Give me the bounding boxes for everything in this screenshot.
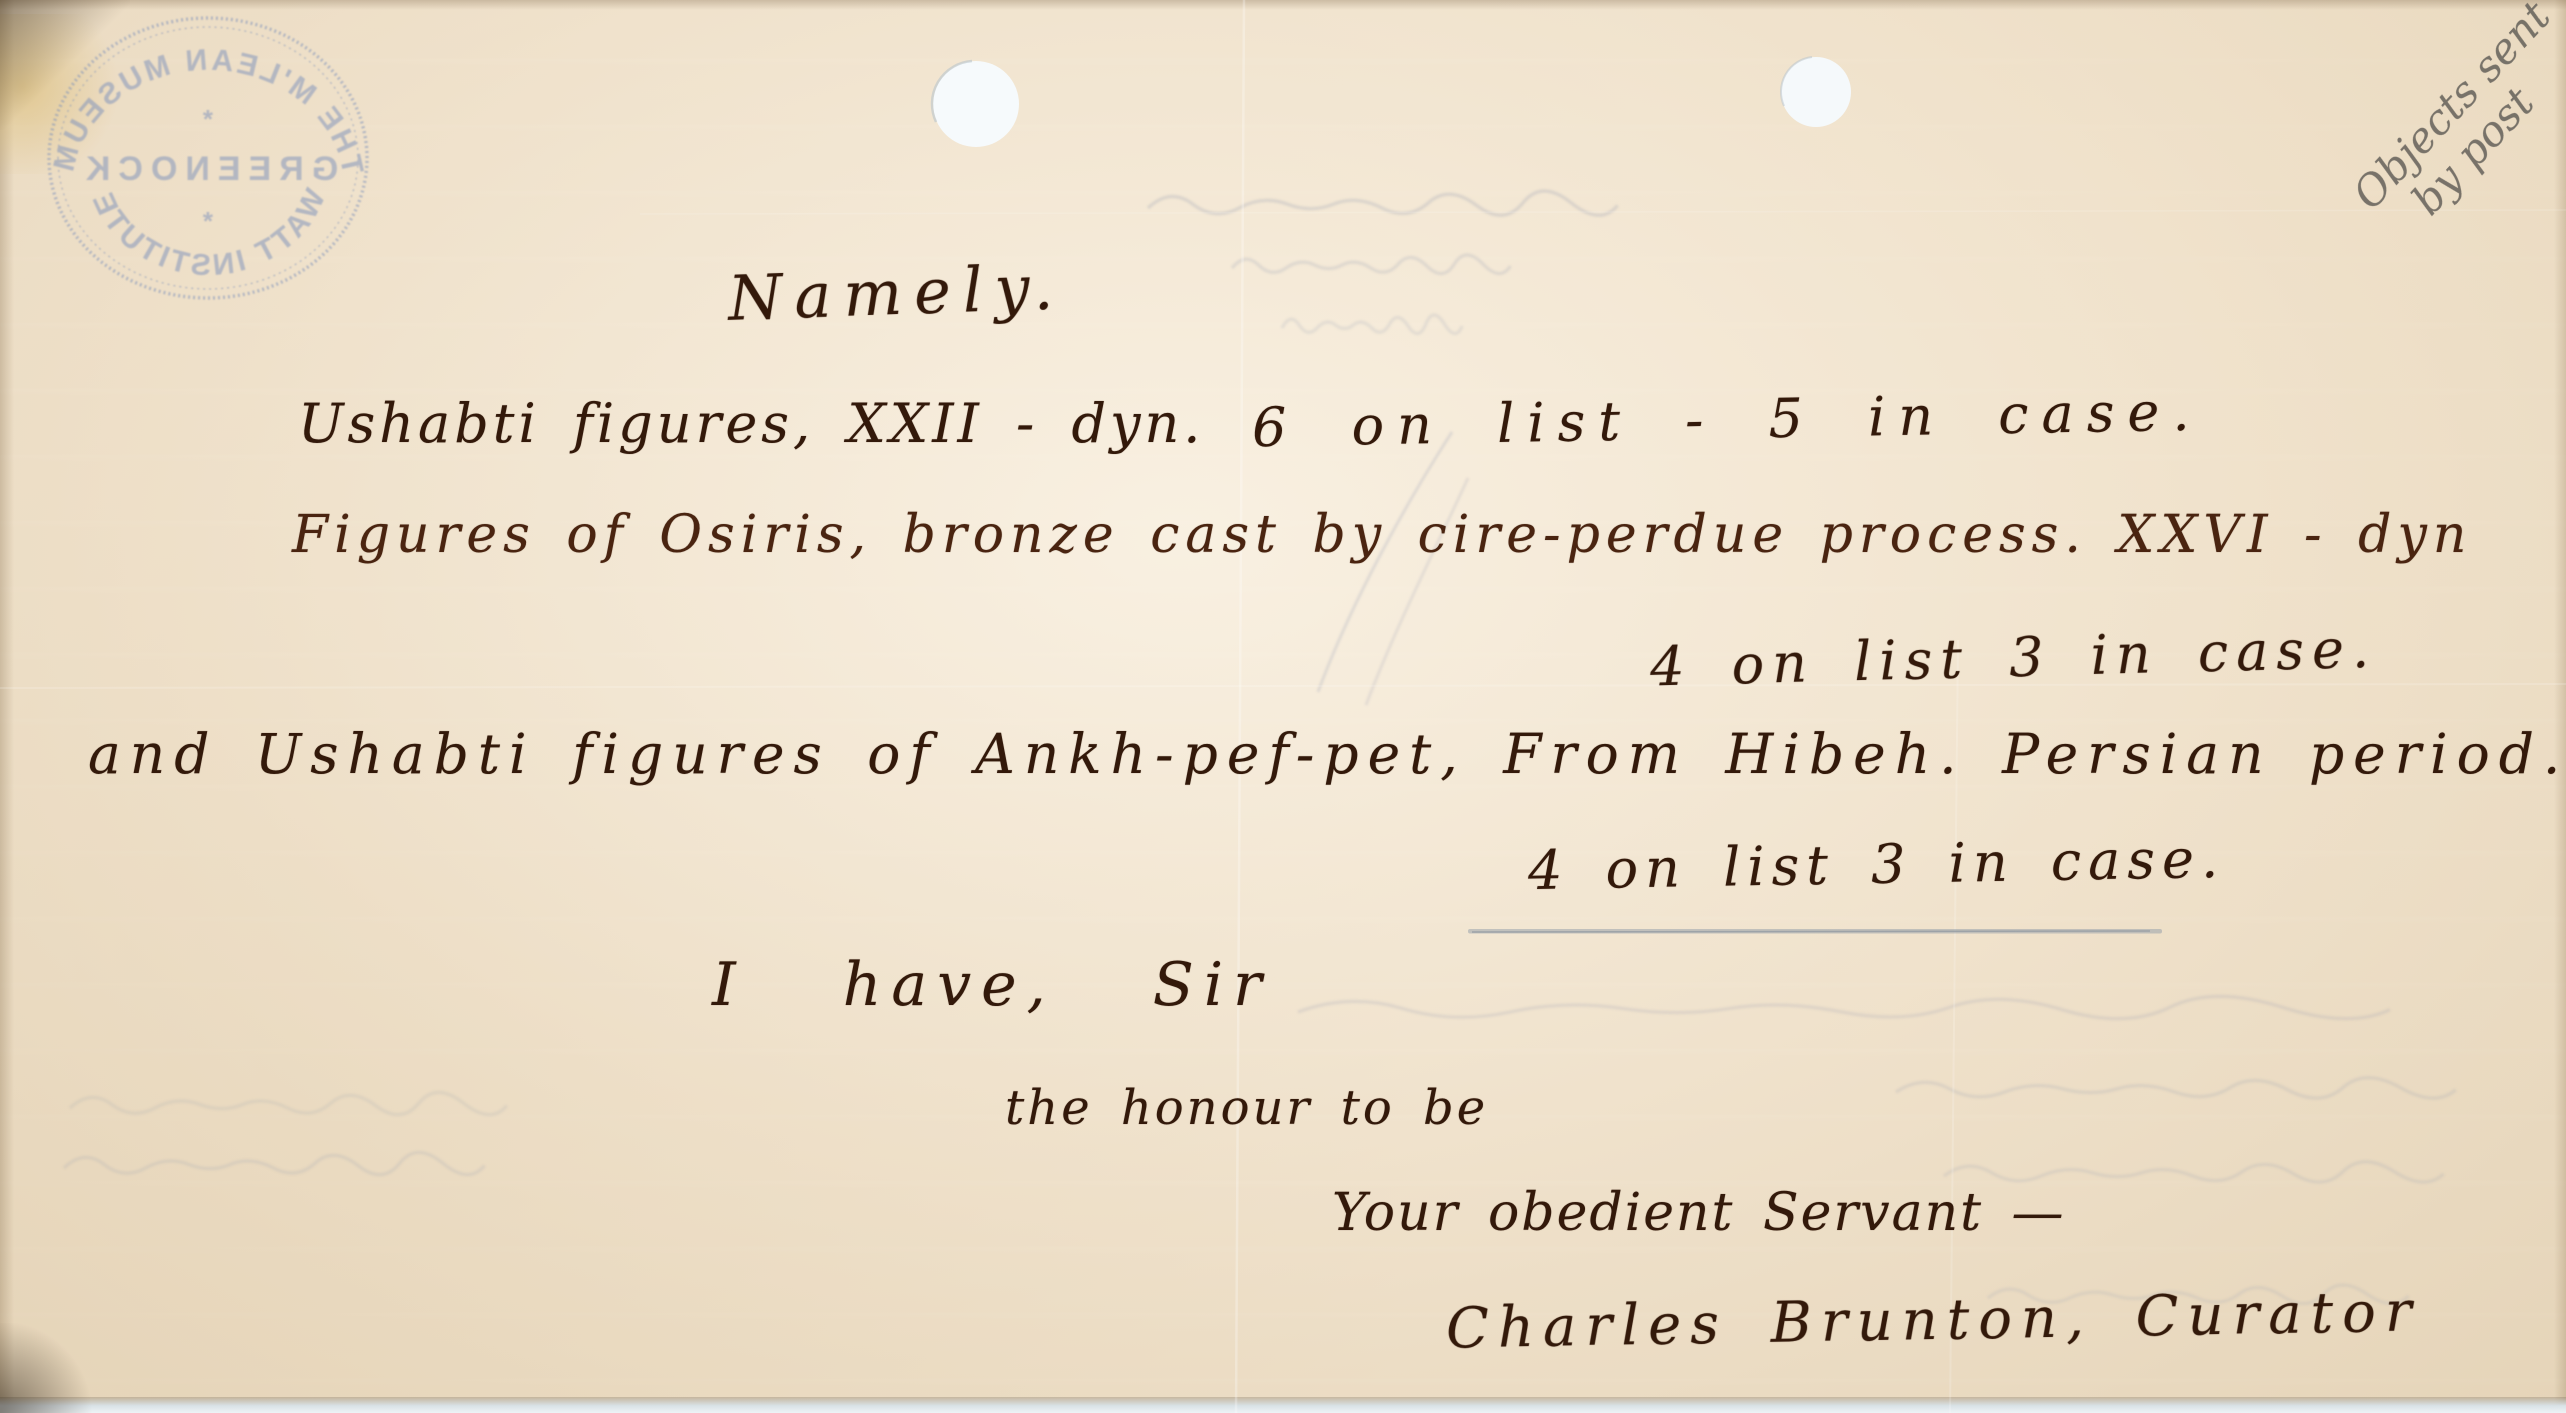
letter-line-ankh-pef-pet: and Ushabti figures of Ankh-pef-pet, Fro… [88,722,2566,786]
decor-layer: THE M'LEAN MUSEUM * GREENOCK * WATT INST… [0,0,2566,1413]
stamp-ornament-top: * [202,104,213,134]
letter-closing-obedient-servant: Your obedient Servant — [1332,1183,2066,1243]
letter-heading: Namely. [727,250,1066,335]
fold-creases [0,0,2566,1413]
museum-stamp: THE M'LEAN MUSEUM * GREENOCK * WATT INST… [47,18,370,298]
stamp-ornament-bottom: * [202,206,213,236]
stamp-center-text: GREENOCK [78,150,338,188]
letter-page: THE M'LEAN MUSEUM * GREENOCK * WATT INST… [0,0,2566,1413]
letter-closing-honour: the honour to be [1005,1080,1488,1136]
pencil-rule [1468,929,2162,934]
letter-line-osiris: Figures of Osiris, bronze cast by cire-p… [292,505,2472,565]
punch-holes [932,57,1851,147]
letter-line-tally-4-3-second: 4 on list 3 in case. [1528,827,2226,902]
letter-line-ushabti-xxii: Ushabti figures, XXII - dyn. [298,392,1204,455]
letter-closing-i-have-sir: I have, Sir [712,950,1272,1020]
